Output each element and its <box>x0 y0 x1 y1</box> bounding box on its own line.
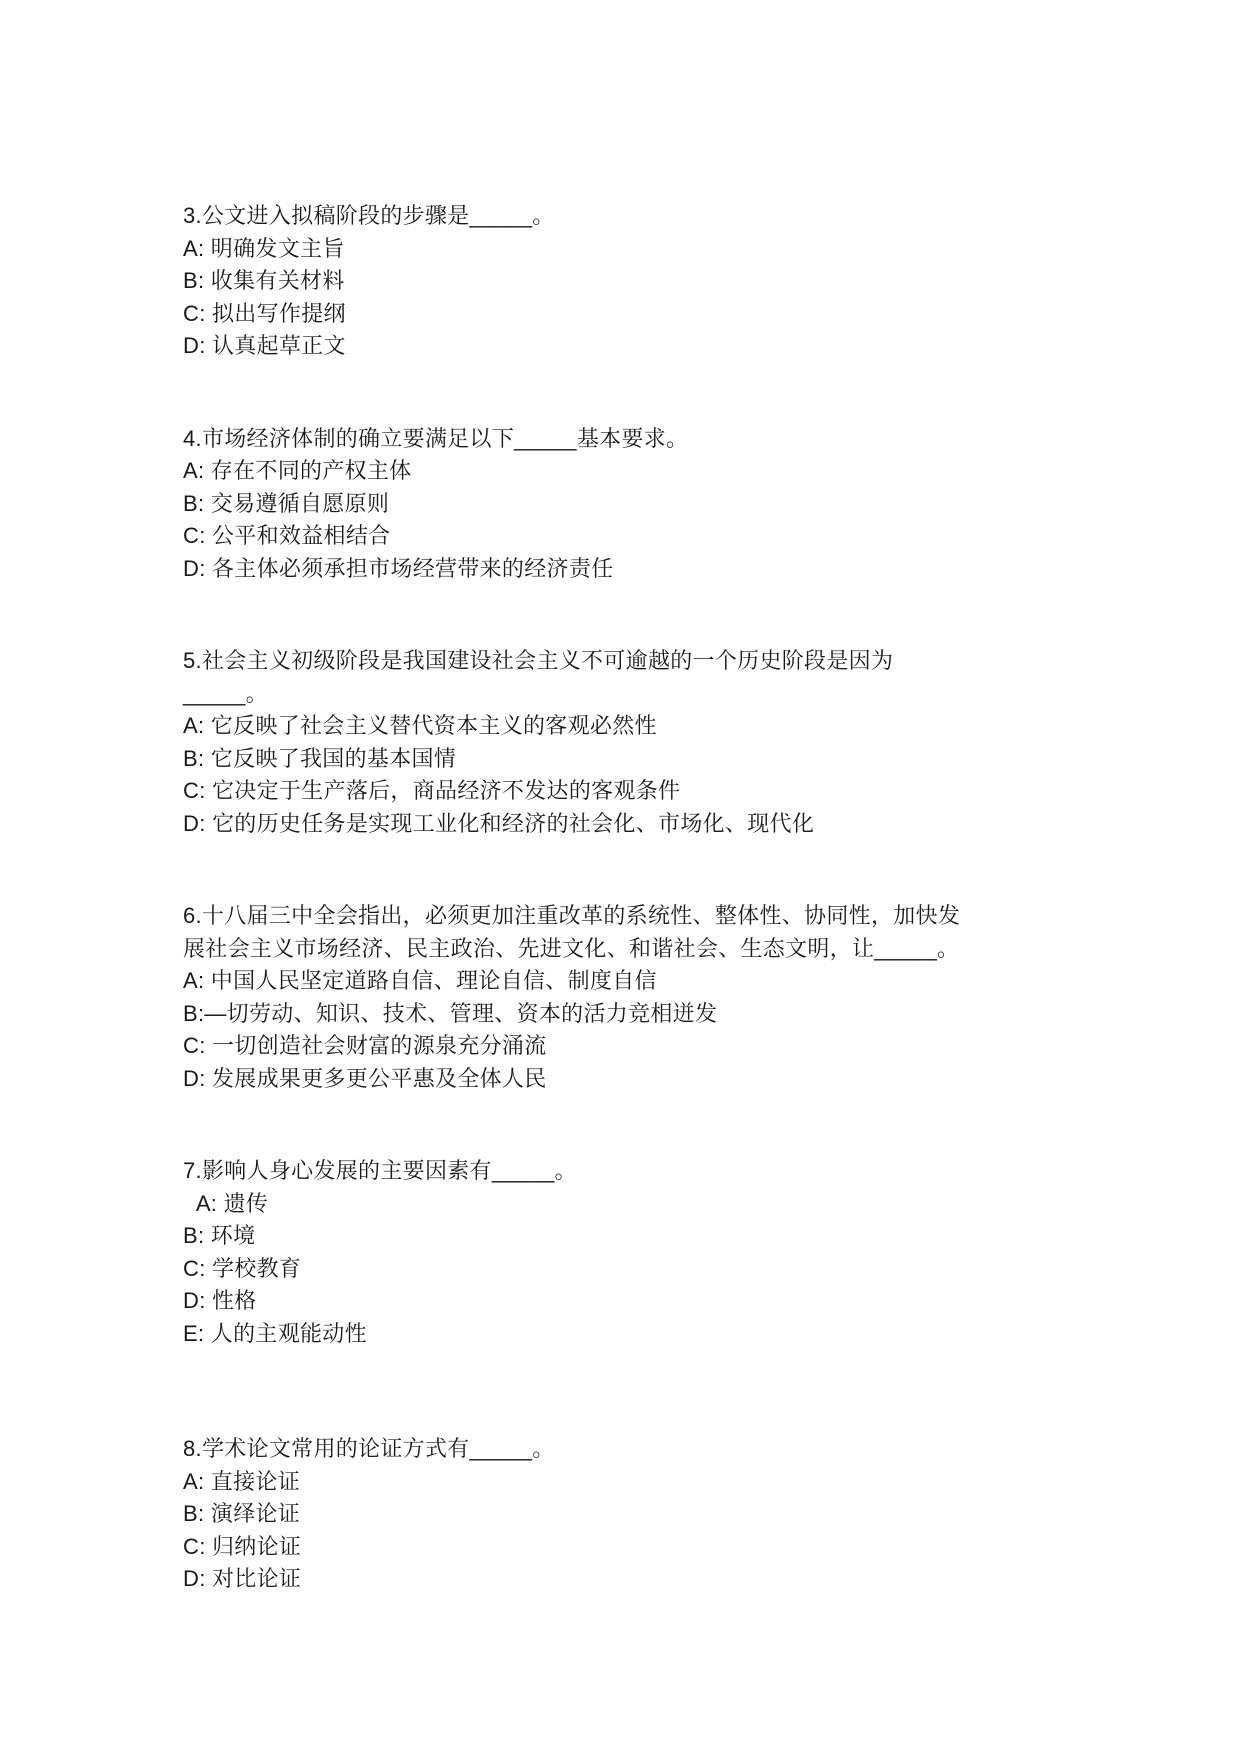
question-7-option-c: C: 学校教育 <box>183 1253 1120 1286</box>
question-4-option-c: C: 公平和效益相结合 <box>183 520 1120 553</box>
question-5-option-b: B: 它反映了我国的基本国情 <box>183 743 1120 776</box>
question-4-option-d: D: 各主体必须承担市场经营带来的经济责任 <box>183 553 1120 586</box>
question-6-option-a: A: 中国人民坚定道路自信、理论自信、制度自信 <box>183 965 1120 998</box>
question-7-stem: 7.影响人身心发展的主要因素有_____。 <box>183 1155 1120 1188</box>
question-4: 4.市场经济体制的确立要满足以下_____基本要求。 A: 存在不同的产权主体 … <box>183 423 1120 586</box>
question-3: 3.公文进入拟稿阶段的步骤是_____。 A: 明确发文主旨 B: 收集有关材料… <box>183 200 1120 363</box>
question-4-option-a: A: 存在不同的产权主体 <box>183 455 1120 488</box>
question-4-option-b: B: 交易遵循自愿原则 <box>183 488 1120 521</box>
question-8-option-c: C: 归纳论证 <box>183 1531 1120 1564</box>
question-8: 8.学术论文常用的论证方式有_____。 A: 直接论证 B: 演绎论证 C: … <box>183 1433 1120 1596</box>
question-7-option-e: E: 人的主观能动性 <box>183 1318 1120 1351</box>
question-6-option-d: D: 发展成果更多更公平惠及全体人民 <box>183 1063 1120 1096</box>
question-5-stem-line-1: 5.社会主义初级阶段是我国建设社会主义不可逾越的一个历史阶段是因为 <box>183 645 1120 678</box>
question-3-option-b: B: 收集有关材料 <box>183 265 1120 298</box>
question-3-stem: 3.公文进入拟稿阶段的步骤是_____。 <box>183 200 1120 233</box>
question-6-option-b: B:—切劳动、知识、技术、管理、资本的活力竞相迸发 <box>183 998 1120 1031</box>
exam-document-page: 3.公文进入拟稿阶段的步骤是_____。 A: 明确发文主旨 B: 收集有关材料… <box>0 0 1240 1753</box>
question-7-option-d: D: 性格 <box>183 1285 1120 1318</box>
question-5-option-a: A: 它反映了社会主义替代资本主义的客观必然性 <box>183 710 1120 743</box>
question-5-option-d: D: 它的历史任务是实现工业化和经济的社会化、市场化、现代化 <box>183 808 1120 841</box>
question-7: 7.影响人身心发展的主要因素有_____。 A: 遗传 B: 环境 C: 学校教… <box>183 1155 1120 1350</box>
question-3-option-c: C: 拟出写作提纲 <box>183 298 1120 331</box>
question-7-option-b: B: 环境 <box>183 1220 1120 1253</box>
question-6-option-c: C: 一切创造社会财富的源泉充分涌流 <box>183 1030 1120 1063</box>
question-8-option-b: B: 演绎论证 <box>183 1498 1120 1531</box>
question-3-option-d: D: 认真起草正文 <box>183 330 1120 363</box>
question-8-stem: 8.学术论文常用的论证方式有_____。 <box>183 1433 1120 1466</box>
question-6-stem-line-1: 6.十八届三中全会指出，必须更加注重改革的系统性、整体性、协同性，加快发 <box>183 900 1120 933</box>
question-6-stem-line-2: 展社会主义市场经济、民主政治、先进文化、和谐社会、生态文明，让_____。 <box>183 933 1120 966</box>
question-4-stem: 4.市场经济体制的确立要满足以下_____基本要求。 <box>183 423 1120 456</box>
question-5-option-c: C: 它决定于生产落后，商品经济不发达的客观条件 <box>183 775 1120 808</box>
question-3-option-a: A: 明确发文主旨 <box>183 233 1120 266</box>
question-7-option-a: A: 遗传 <box>183 1188 1120 1221</box>
question-6: 6.十八届三中全会指出，必须更加注重改革的系统性、整体性、协同性，加快发 展社会… <box>183 900 1120 1095</box>
question-5: 5.社会主义初级阶段是我国建设社会主义不可逾越的一个历史阶段是因为 _____。… <box>183 645 1120 840</box>
question-8-option-a: A: 直接论证 <box>183 1466 1120 1499</box>
question-8-option-d: D: 对比论证 <box>183 1563 1120 1596</box>
question-5-stem-line-2: _____。 <box>183 678 1120 711</box>
